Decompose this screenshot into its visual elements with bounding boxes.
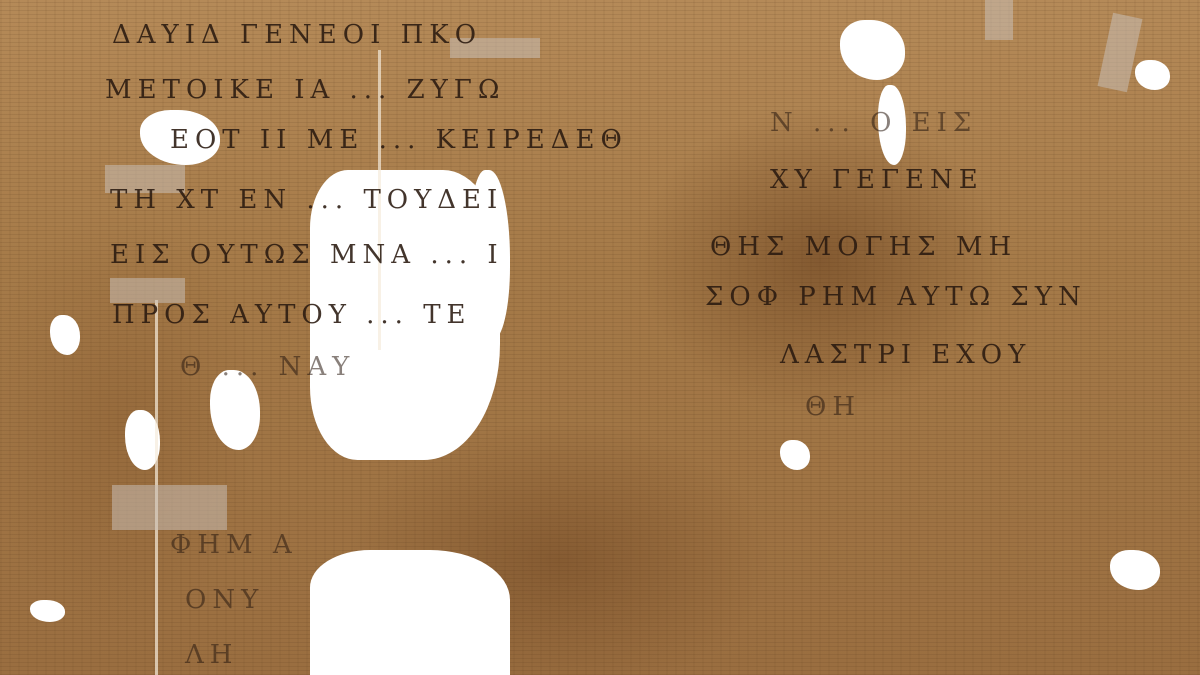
text-line: ΘΗΣ ΜΟΓΗΣ ΜΗ	[710, 232, 1017, 262]
text-line: Θ ... ΝΑΥ	[180, 352, 355, 382]
text-line: ΕΙΣ ΟΥΤΩΣ ΜΝΑ ... Ι	[110, 240, 504, 270]
text-line: ΜΕΤΟΙΚΕ ΙΑ ... ΖΥΓΩ	[105, 75, 505, 105]
text-line: ΘΗ	[805, 392, 861, 422]
tape-repair	[1098, 13, 1143, 93]
text-line: Ν ... Ο ΕΙΣ	[770, 108, 977, 138]
text-line: ΟΝΥ	[185, 585, 264, 615]
lacuna	[840, 20, 905, 80]
text-line: ΔΑΥΙΔ ΓΕΝΕΟΙ ΠΚΟ	[112, 20, 482, 50]
lacuna	[50, 315, 80, 355]
text-line: ΧΥ ΓΕΓΕΝΕ	[770, 165, 984, 195]
text-line: ΛΑΣΤΡΙ ΕΧΟΥ	[780, 340, 1031, 370]
text-line: ΕΟΤ ΙΙ ΜΕ ... ΚΕΙΡΕΔΕΘ	[170, 125, 628, 155]
text-line: ΣΟΦ ΡΗΜ ΑΥΤΩ ΣΥΝ	[705, 282, 1087, 312]
lacuna	[210, 370, 260, 450]
text-line: ΦΗΜ Α	[170, 530, 298, 560]
tape-repair	[985, 0, 1013, 40]
text-line: ΤΗ ΧΤ ΕΝ ... ΤΟΥΔΕΙ	[110, 185, 503, 215]
lacuna	[30, 600, 65, 622]
lacuna	[1135, 60, 1170, 90]
text-line: ΠΡΟΣ ΑΥΤΟΥ ... ΤΕ	[112, 300, 472, 330]
lacuna	[310, 550, 510, 675]
tape-repair	[112, 485, 227, 530]
lacuna	[1110, 550, 1160, 590]
papyrus-photo: ΔΑΥΙΔ ΓΕΝΕΟΙ ΠΚΟ ΜΕΤΟΙΚΕ ΙΑ ... ΖΥΓΩ ΕΟΤ…	[0, 0, 1200, 675]
text-line: ΛΗ	[185, 640, 238, 670]
lacuna	[780, 440, 810, 470]
